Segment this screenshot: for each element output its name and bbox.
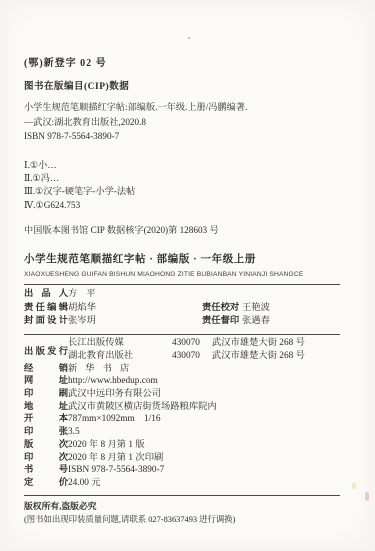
info-value: 武汉市黄陂区横店街货场路粮库院内	[68, 401, 340, 414]
info-row: 版次 2020 年 8 月第 1 版	[24, 439, 340, 452]
scan-artifact	[352, 483, 356, 489]
publisher-block: 出版发行 长江出版传媒 430070武汉市雄楚大街 268 号 湖北教育出版社 …	[24, 337, 340, 363]
info-label: 经销	[24, 363, 68, 376]
cip-class-3: Ⅲ.①汉字-硬笔字-小学-法帖	[24, 185, 340, 198]
info-label: 地址	[24, 401, 68, 414]
cip-isbn-line: ISBN 978-7-5564-3890-7	[24, 129, 340, 144]
staff-table: 出品人 方平 责任编辑 胡焰华 责任校对 王艳波 封面设计 张岑玥 责任督印 张…	[24, 288, 340, 329]
info-label: 印次	[24, 452, 68, 465]
publisher-address: 430070武汉市雄楚大街 268 号	[172, 350, 340, 363]
postcode: 430070	[172, 337, 200, 350]
exchange-note: (图书如出现印装质量问题,请联系 027-83637493 进行调换)	[24, 514, 340, 526]
cip-header: 图书在版编目(CIP)数据	[24, 81, 340, 93]
info-label: 开本	[24, 413, 68, 426]
postcode: 430070	[172, 350, 200, 363]
info-value: 2020 年 8 月第 1 版	[68, 439, 340, 452]
scan-artifact	[365, 492, 369, 501]
info-label: 印刷	[24, 388, 68, 401]
cip-class-1: Ⅰ.①小…	[24, 159, 340, 172]
info-value: 24.00 元	[68, 477, 340, 490]
page-content: (鄂)新登字 02 号 图书在版编目(CIP)数据 小学生规范笔顺描红字帖:部编…	[0, 0, 375, 526]
publisher-lines: 长江出版传媒 430070武汉市雄楚大街 268 号 湖北教育出版社 43007…	[68, 337, 340, 363]
cip-class-2: Ⅱ.①冯…	[24, 172, 340, 185]
divider-top	[24, 284, 340, 285]
info-row: 定价 24.00 元	[24, 477, 340, 490]
publication-info-table: 经销 新华书店 网址 http://www.hbedup.com 印刷 武汉中远…	[24, 363, 340, 490]
info-label: 网址	[24, 375, 68, 388]
street-address: 武汉市雄楚大街 268 号	[212, 351, 305, 361]
staff-label: 责任编辑	[24, 302, 68, 316]
registration-number: (鄂)新登字 02 号	[24, 58, 340, 70]
info-label: 书号	[24, 464, 68, 477]
publisher-label: 出版发行	[24, 343, 68, 357]
staff-label: 出品人	[24, 288, 68, 302]
book-copyright-page: (鄂)新登字 02 号 图书在版编目(CIP)数据 小学生规范笔顺描红字帖:部编…	[0, 0, 375, 551]
staff-label: 封面设计	[24, 315, 68, 329]
street-address: 武汉市雄楚大街 268 号	[212, 338, 305, 348]
info-row: 印次 2020 年 8 月第 1 次印刷	[24, 452, 340, 465]
publisher-name: 湖北教育出版社	[68, 350, 172, 363]
publisher-line: 湖北教育出版社 430070武汉市雄楚大街 268 号	[68, 350, 340, 363]
info-label: 版次	[24, 439, 68, 452]
staff-label: 责任督印	[202, 315, 242, 329]
info-row: 印刷 武汉中远印务有限公司	[24, 388, 340, 401]
staff-label: 责任校对	[202, 302, 242, 316]
info-value: ISBN 978-7-5564-3890-7	[68, 464, 340, 477]
staff-row: 封面设计 张岑玥 责任督印 张遇春	[24, 315, 340, 329]
staff-name: 方平	[68, 288, 202, 302]
info-label: 定价	[24, 477, 68, 490]
info-row: 书号 ISBN 978-7-5564-3890-7	[24, 464, 340, 477]
cip-title-line: 小学生规范笔顺描红字帖:部编版.一年级.上册/冯鹏编著.	[24, 100, 340, 115]
divider-middle	[24, 334, 340, 335]
divider-bottom	[24, 495, 340, 496]
book-title-pinyin: XIAOXUESHENG GUIFAN BISHUN MIAOHONG ZITI…	[24, 270, 340, 279]
staff-name: 张岑玥	[68, 315, 202, 329]
copyright-notice: 版权所有,盗版必究	[24, 500, 340, 512]
staff-name: 张遇春	[242, 315, 340, 329]
cip-class-4: Ⅳ.①G624.753	[24, 199, 340, 212]
staff-name: 胡焰华	[68, 302, 202, 316]
info-row: 经销 新华书店	[24, 363, 340, 376]
publisher-line: 长江出版传媒 430070武汉市雄楚大街 268 号	[68, 337, 340, 350]
info-value: 3.5	[68, 426, 340, 439]
info-label: 印张	[24, 426, 68, 439]
info-value: 787mm×1092mm 1/16	[68, 413, 340, 426]
info-value: 武汉中远印务有限公司	[68, 388, 340, 401]
info-value: http://www.hbedup.com	[68, 375, 340, 388]
info-row: 网址 http://www.hbedup.com	[24, 375, 340, 388]
staff-name: 王艳波	[242, 302, 340, 316]
info-row: 地址 武汉市黄陂区横店街货场路粮库院内	[24, 401, 340, 414]
staff-row: 责任编辑 胡焰华 责任校对 王艳波	[24, 302, 340, 316]
info-row: 开本 787mm×1092mm 1/16	[24, 413, 340, 426]
book-title: 小学生规范笔顺描红字帖 · 部编版 · 一年级上册	[24, 253, 340, 266]
cip-description-block: 小学生规范笔顺描红字帖:部编版.一年级.上册/冯鹏编著. —武汉:湖北教育出版社…	[24, 100, 340, 144]
publisher-name: 长江出版传媒	[68, 337, 172, 350]
publisher-address: 430070武汉市雄楚大街 268 号	[172, 337, 340, 350]
info-value: 新华书店	[68, 363, 340, 376]
cip-record-number: 中国版本图书馆 CIP 数据核字(2020)第 128603 号	[24, 224, 340, 236]
scan-artifact	[188, 37, 190, 39]
info-value: 2020 年 8 月第 1 次印刷	[68, 452, 340, 465]
cip-classification-block: Ⅰ.①小… Ⅱ.①冯… Ⅲ.①汉字-硬笔字-小学-法帖 Ⅳ.①G624.753	[24, 159, 340, 213]
staff-row: 出品人 方平	[24, 288, 340, 302]
cip-publisher-line: —武汉:湖北教育出版社,2020.8	[24, 115, 340, 130]
info-row: 印张 3.5	[24, 426, 340, 439]
